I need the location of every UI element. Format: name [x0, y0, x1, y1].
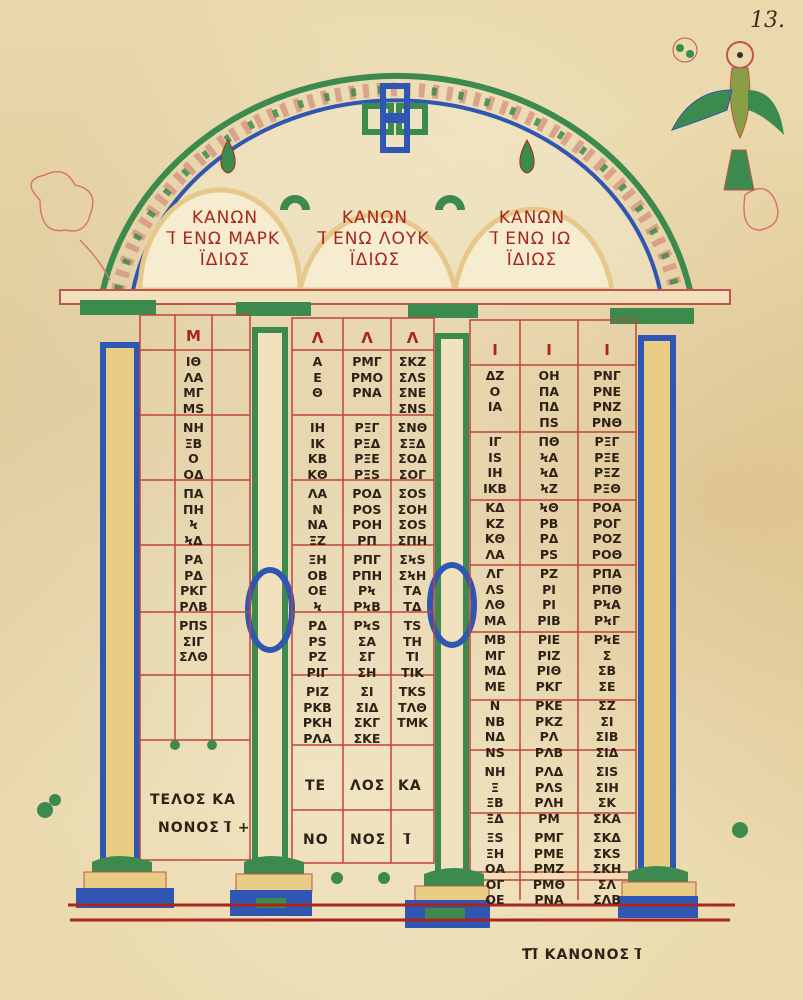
cell: ΡΛΔ ΡΛS ΡΛΗ ΡΜ: [520, 764, 578, 830]
manuscript-page: 13.: [0, 0, 803, 1000]
cell: ΡΑ ΡΔ ΡΚΓ ΡΛΒ: [175, 552, 212, 618]
cell: ΠΑ ΠΗ Ϟ ϞΔ: [175, 486, 212, 552]
cell: ΡΠΓ ΡΠΗ ΡϞ ΡϞΒ: [343, 552, 391, 618]
header-line: Ι̅ ΕΝΩ ΙΩ: [462, 229, 602, 250]
cell: ΙΘ ΛΑ ΜΓ ΜS: [175, 354, 212, 420]
column-head-john-1: Ι: [470, 342, 520, 359]
cell: ΡΠΑ ΡΠΘ ΡϞΑ ΡϞΓ: [578, 566, 636, 632]
column-head-luke-3: Λ: [391, 330, 434, 347]
cell: Α Ε Θ: [292, 354, 343, 420]
cell: ΔΖ Ο ΙΑ: [470, 368, 520, 434]
telos-mid-2: ΛΟΣ: [350, 778, 385, 794]
cell: ΞΗ ΟΒ ΟΕ Ϟ: [292, 552, 343, 618]
cell: ΣΚΖ ΣΛS ΣΝΕ ΣΝS: [391, 354, 434, 420]
header-line: ΚΑΝΩΝ: [462, 208, 602, 229]
cell: ΡΙΖ ΡΚΒ ΡΚΗ ΡΛΑ: [292, 684, 343, 750]
telos-left-line1: ΤΕΛΟΣ ΚΑ: [150, 792, 236, 808]
canon-header-mark: ΚΑΝΩΝ Ι̅ ΕΝΩ ΜΑΡΚ ΪΔΙΩΣ: [160, 208, 290, 271]
column-luke-3: ΣΚΖ ΣΛS ΣΝΕ ΣΝS ΣΝΘ ΣΞΔ ΣΟΔ ΣΟΓ ΣΟS ΣΟΗ …: [391, 354, 434, 750]
header-line: Ι̅ ΕΝΩ ΛΟΥΚ: [310, 229, 440, 250]
cell: ΚΔ ΚΖ ΚΘ ΛΑ: [470, 500, 520, 566]
cell: ΙΓ ΙS ΙΗ ΙΚΒ: [470, 434, 520, 500]
cell: ΡΠS ΣΙΓ ΣΛΘ: [175, 618, 212, 684]
cell: ΝΗ Ξ ΞΒ ΞΔ: [470, 764, 520, 830]
telos-mid-3: ΚΑ: [398, 778, 422, 794]
cell: ΣΖ ΣΙ ΣΙΒ ΣΙΔ: [578, 698, 636, 764]
column-head-luke-2: Λ: [343, 330, 391, 347]
cell: ΡΔ ΡS ΡΖ ΡΙΓ: [292, 618, 343, 684]
cell: Ν ΝΒ ΝΔ ΝS: [470, 698, 520, 764]
footer-rubric: Τ̅Ι̅ ΚΑΝΟΝΟΣ Ι̅: [522, 947, 642, 963]
column-luke-1: Α Ε Θ ΙΗ ΙΚ ΚΒ ΚΘ ΛΑ Ν ΝΑ ΞΖ ΞΗ ΟΒ ΟΕ Ϟ …: [292, 354, 343, 750]
column-head-john-2: Ι: [520, 342, 578, 359]
column-john-3: ΡΝΓ ΡΝΕ ΡΝΖ ΡΝΘ ΡΞΓ ΡΞΕ ΡΞΖ ΡΞΘ ΡΟΑ ΡΟΓ …: [578, 368, 636, 910]
column-john-1: ΔΖ Ο ΙΑ ΙΓ ΙS ΙΗ ΙΚΒ ΚΔ ΚΖ ΚΘ ΛΑ ΛΓ ΛS Λ…: [470, 368, 520, 910]
cell: ΡΜΓ ΡΜΟ ΡΝΑ: [343, 354, 391, 420]
cell: ΙΗ ΙΚ ΚΒ ΚΘ: [292, 420, 343, 486]
cell: ΟΗ ΠΑ ΠΔ ΠS: [520, 368, 578, 434]
cell: ΞS ΞΗ ΟΑ ΟΓ ΟΕ: [470, 830, 520, 910]
cell: ΣΙ ΣΙΔ ΣΚΓ ΣΚΕ: [343, 684, 391, 750]
cell: ΝΗ ΞΒ Ο ΟΔ: [175, 420, 212, 486]
column-head-mark: Μ: [175, 328, 212, 345]
cell: ΣΟS ΣΟΗ ΣΟS ΣΠΗ: [391, 486, 434, 552]
cell: ΡϞS ΣΑ ΣΓ ΣΗ: [343, 618, 391, 684]
cell: ΤΚS ΤΛΘ ΤΜΚ: [391, 684, 434, 750]
telos-left-line2: ΝΟΝΟΣ Ι̅ +: [158, 820, 251, 836]
cell: ΡΖ ΡΙ ΡΙ ΡΙΒ: [520, 566, 578, 632]
column-luke-2: ΡΜΓ ΡΜΟ ΡΝΑ ΡΞΓ ΡΞΔ ΡΞΕ ΡΞS ΡΟΔ ΡΟS ΡΟΗ …: [343, 354, 391, 750]
cell: ΡΙΕ ΡΙΖ ΡΙΘ ΡΚΓ: [520, 632, 578, 698]
cell: ΣΙS ΣΙΗ ΣΚ ΣΚΑ: [578, 764, 636, 830]
canon-header-luke: ΚΑΝΩΝ Ι̅ ΕΝΩ ΛΟΥΚ ΪΔΙΩΣ: [310, 208, 440, 271]
header-line: ΚΑΝΩΝ: [160, 208, 290, 229]
column-head-john-3: Ι: [578, 342, 636, 359]
telos-mid-6: Ι̅: [405, 832, 411, 848]
cell: ΡΚΕ ΡΚΖ ΡΛ ΡΛΒ: [520, 698, 578, 764]
cell: ΡΞΓ ΡΞΕ ΡΞΖ ΡΞΘ: [578, 434, 636, 500]
header-line: ΪΔΙΩΣ: [160, 250, 290, 271]
cell: ΣΝΘ ΣΞΔ ΣΟΔ ΣΟΓ: [391, 420, 434, 486]
cell: ΡϞΕ Σ ΣΒ ΣΕ: [578, 632, 636, 698]
column-mark: ΙΘ ΛΑ ΜΓ ΜS ΝΗ ΞΒ Ο ΟΔ ΠΑ ΠΗ Ϟ ϞΔ ΡΑ ΡΔ …: [175, 354, 212, 684]
canon-header-john: ΚΑΝΩΝ Ι̅ ΕΝΩ ΙΩ ΪΔΙΩΣ: [462, 208, 602, 271]
telos-mid-5: ΝΟΣ: [350, 832, 386, 848]
column-john-2: ΟΗ ΠΑ ΠΔ ΠS ΠΘ ϞΑ ϞΔ ϞΖ ϞΘ ΡΒ ΡΔ ΡS ΡΖ Ρ…: [520, 368, 578, 910]
cell: ΛΓ ΛS ΛΘ ΜΑ: [470, 566, 520, 632]
header-line: ΚΑΝΩΝ: [310, 208, 440, 229]
cell: ΣϞS ΣϞΗ ΤΑ ΤΔ: [391, 552, 434, 618]
eagle-icon: [672, 38, 784, 190]
header-line: ΪΔΙΩΣ: [462, 250, 602, 271]
header-line: Ι̅ ΕΝΩ ΜΑΡΚ: [160, 229, 290, 250]
column-head-luke-1: Λ: [292, 330, 343, 347]
telos-mid-4: ΝΟ: [303, 832, 329, 848]
cell: ΠΘ ϞΑ ϞΔ ϞΖ: [520, 434, 578, 500]
cell: ΡΜΓ ΡΜΕ ΡΜΖ ΡΜΘ ΡΝΑ: [520, 830, 578, 910]
cell: ΡΞΓ ΡΞΔ ΡΞΕ ΡΞS: [343, 420, 391, 486]
cell: ΡΝΓ ΡΝΕ ΡΝΖ ΡΝΘ: [578, 368, 636, 434]
cell: ΤS ΤΗ ΤΙ ΤΙΚ: [391, 618, 434, 684]
telos-mid-1: ΤΕ: [305, 778, 326, 794]
cell: ΡΟΔ ΡΟS ΡΟΗ ΡΠ: [343, 486, 391, 552]
cell: ΣΚΔ ΣΚS ΣΚΗ ΣΛ ΣΛΒ: [578, 830, 636, 910]
cell: ΜΒ ΜΓ ΜΔ ΜΕ: [470, 632, 520, 698]
cell: ΛΑ Ν ΝΑ ΞΖ: [292, 486, 343, 552]
cell: ΡΟΑ ΡΟΓ ΡΟΖ ΡΟΘ: [578, 500, 636, 566]
cell: ϞΘ ΡΒ ΡΔ ΡS: [520, 500, 578, 566]
header-line: ΪΔΙΩΣ: [310, 250, 440, 271]
